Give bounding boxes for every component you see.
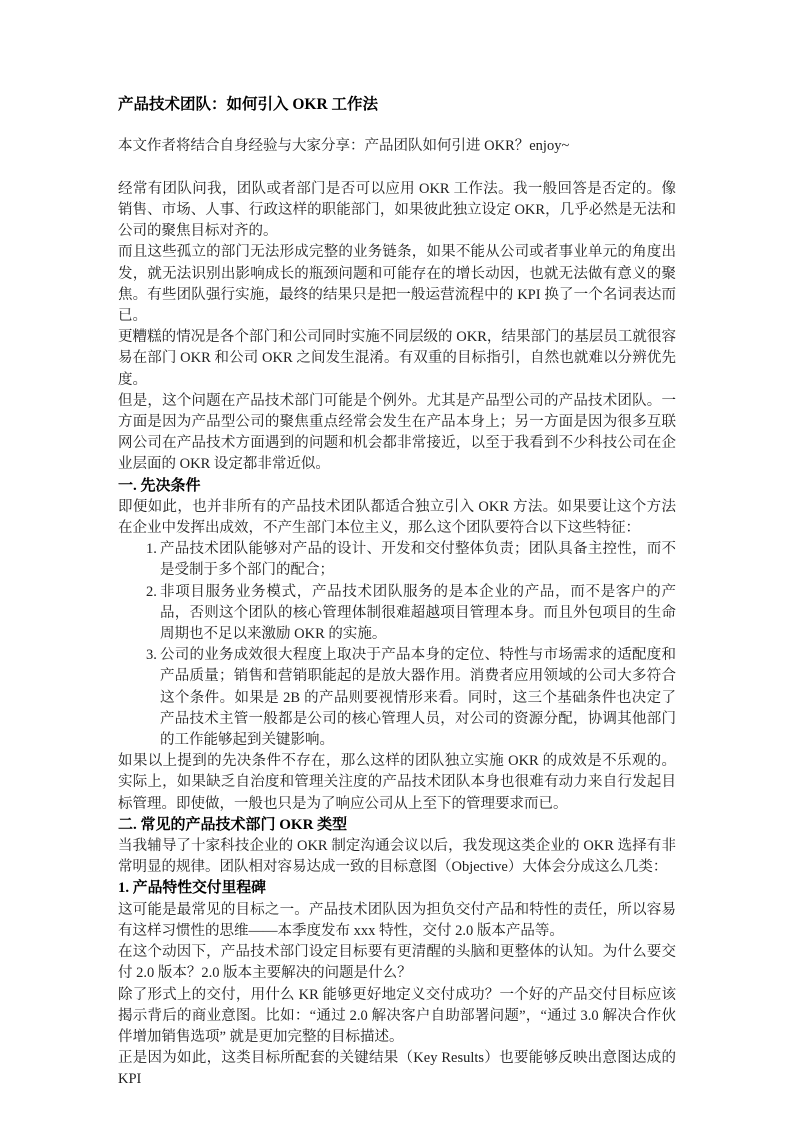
- list-item-number: 2.: [146, 582, 157, 603]
- list-item-text: 产品技术团队能够对产品的设计、开发和交付整体负责；团队具备主控性，而不是受制于多…: [160, 541, 676, 578]
- prerequisites-list: 1. 产品技术团队能够对产品的设计、开发和交付整体负责；团队具备主控性，而不是受…: [118, 539, 676, 751]
- paragraph: 而且这些孤立的部门无法形成完整的业务链条，如果不能从公司或者事业单元的角度出发，…: [118, 242, 676, 327]
- list-item: 3. 公司的业务成效很大程度上取决于产品本身的定位、特性与市场需求的适配度和产品…: [118, 645, 676, 751]
- paragraph: 更糟糕的情况是各个部门和公司同时实施不同层级的 OKR，结果部门的基层员工就很容…: [118, 327, 676, 391]
- list-item-number: 1.: [146, 539, 157, 560]
- paragraph: 在这个动因下，产品技术部门设定目标要有更清醒的头脑和更整体的认知。为什么要交付 …: [118, 942, 676, 984]
- list-item-text: 公司的业务成效很大程度上取决于产品本身的定位、特性与市场需求的适配度和产品质量；…: [160, 647, 676, 748]
- paragraph: 即便如此，也并非所有的产品技术团队都适合独立引入 OKR 方法。如果要让这个方法…: [118, 497, 676, 539]
- paragraph: 除了形式上的交付，用什么 KR 能够更好地定义交付成功？一个好的产品交付目标应该…: [118, 985, 676, 1049]
- paragraph: 但是，这个问题在产品技术部门可能是个例外。尤其是产品型公司的产品技术团队。一方面…: [118, 391, 676, 476]
- sub-heading-feature-delivery-milestone: 1. 产品特性交付里程碑: [118, 878, 676, 899]
- document-content: 产品技术团队：如何引入 OKR 工作法 本文作者将结合自身经验与大家分享：产品团…: [118, 94, 676, 1091]
- document-title: 产品技术团队：如何引入 OKR 工作法: [118, 94, 676, 115]
- list-item: 2. 非项目服务业务模式，产品技术团队服务的是本企业的产品，而不是客户的产品，否…: [118, 582, 676, 646]
- list-item: 1. 产品技术团队能够对产品的设计、开发和交付整体负责；团队具备主控性，而不是受…: [118, 539, 676, 581]
- paragraph: 如果以上提到的先决条件不存在，那么这样的团队独立实施 OKR 的成效是不乐观的。…: [118, 751, 676, 815]
- paragraph: 正是因为如此，这类目标所配套的关键结果（Key Results）也要能够反映出意…: [118, 1048, 676, 1090]
- blank-line: [118, 158, 676, 179]
- section-heading-okr-types: 二. 常见的产品技术部门 OKR 类型: [118, 815, 676, 836]
- intro-paragraph: 本文作者将结合自身经验与大家分享：产品团队如何引进 OKR？enjoy~: [118, 136, 676, 157]
- list-item-number: 3.: [146, 645, 157, 666]
- document-page: 产品技术团队：如何引入 OKR 工作法 本文作者将结合自身经验与大家分享：产品团…: [0, 0, 793, 1122]
- list-item-text: 非项目服务业务模式，产品技术团队服务的是本企业的产品，而不是客户的产品，否则这个…: [160, 584, 676, 642]
- section-heading-prerequisites: 一. 先决条件: [118, 476, 676, 497]
- paragraph: 当我辅导了十家科技企业的 OKR 制定沟通会议以后，我发现这类企业的 OKR 选…: [118, 836, 676, 878]
- blank-line: [118, 115, 676, 136]
- paragraph: 这可能是最常见的目标之一。产品技术团队因为担负交付产品和特性的责任，所以容易有这…: [118, 900, 676, 942]
- paragraph: 经常有团队问我，团队或者部门是否可以应用 OKR 工作法。我一般回答是否定的。像…: [118, 179, 676, 243]
